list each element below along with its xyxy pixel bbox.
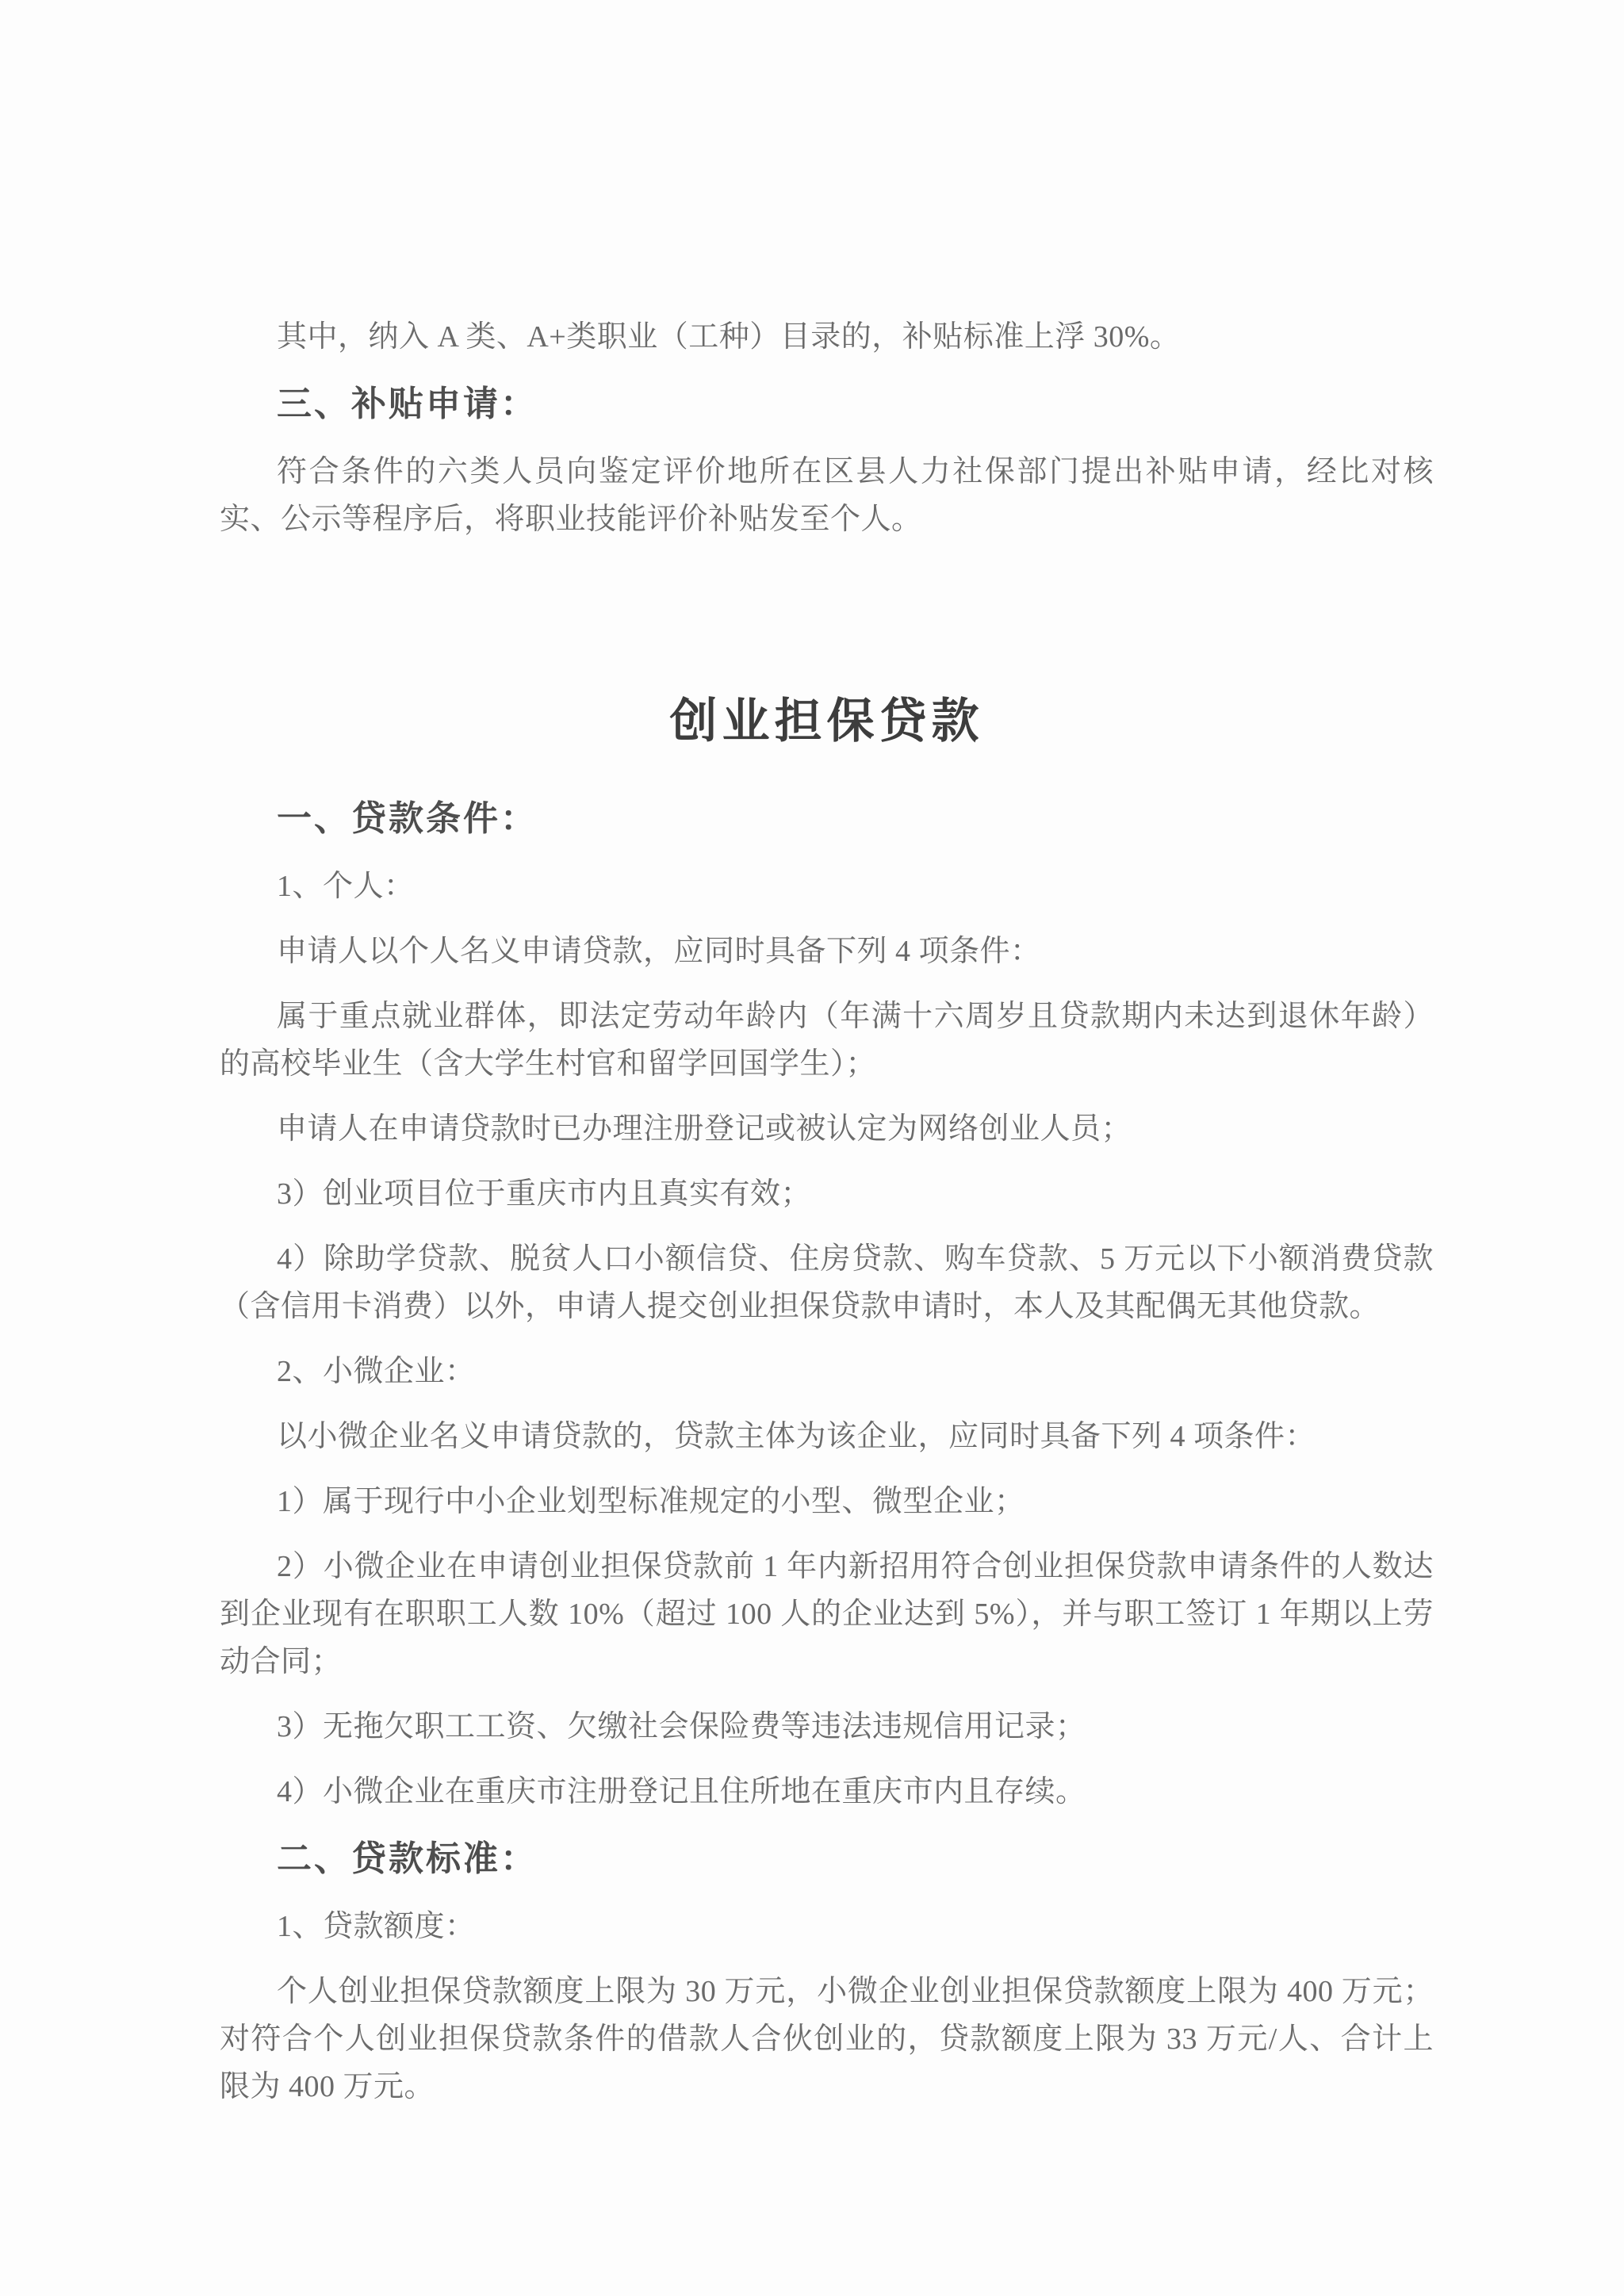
- subsidy-application-heading: 三、补贴申请：: [220, 378, 1434, 430]
- upfloat-standard-paragraph: 其中，纳入 A 类、A+类职业（工种）目录的，补贴标准上浮 30%。: [220, 313, 1434, 361]
- individual-condition-project: 3）创业项目位于重庆市内且真实有效；: [220, 1170, 1434, 1218]
- loan-quota-paragraph: 个人创业担保贷款额度上限为 30 万元，小微企业创业担保贷款额度上限为 400 …: [220, 1968, 1434, 2110]
- enterprise-condition-hiring: 2）小微企业在申请创业担保贷款前 1 年内新招用符合创业担保贷款申请条件的人数达…: [220, 1543, 1434, 1686]
- enterprise-condition-size: 1）属于现行中小企业划型标准规定的小型、微型企业；: [220, 1478, 1434, 1525]
- small-enterprise-subheading: 2、小微企业：: [220, 1348, 1434, 1395]
- individual-intro-paragraph: 申请人以个人名义申请贷款，应同时具备下列 4 项条件：: [220, 928, 1434, 975]
- individual-condition-no-other-loans: 4）除助学贷款、脱贫人口小额信贷、住房贷款、购车贷款、5 万元以下小额消费贷款（…: [220, 1235, 1434, 1330]
- document-title: 创业担保贷款: [220, 690, 1434, 753]
- individual-subheading: 1、个人：: [220, 863, 1434, 910]
- loan-conditions-heading: 一、贷款条件：: [220, 793, 1434, 845]
- subsidy-application-paragraph: 符合条件的六类人员向鉴定评价地所在区县人力社保部门提出补贴申请，经比对核实、公示…: [220, 448, 1434, 543]
- enterprise-condition-registration: 4）小微企业在重庆市注册登记且住所地在重庆市内且存续。: [220, 1768, 1434, 1816]
- individual-condition-group: 属于重点就业群体，即法定劳动年龄内（年满十六周岁且贷款期内未达到退休年龄）的高校…: [220, 993, 1434, 1088]
- document-page: 其中，纳入 A 类、A+类职业（工种）目录的，补贴标准上浮 30%。 三、补贴申…: [0, 0, 1624, 2296]
- enterprise-condition-credit-record: 3）无拖欠职工工资、欠缴社会保险费等违法违规信用记录；: [220, 1703, 1434, 1751]
- loan-quota-subheading: 1、贷款额度：: [220, 1903, 1434, 1950]
- loan-standards-heading: 二、贷款标准：: [220, 1833, 1434, 1885]
- individual-condition-registration: 申请人在申请贷款时已办理注册登记或被认定为网络创业人员；: [220, 1105, 1434, 1153]
- small-enterprise-intro-paragraph: 以小微企业名义申请贷款的，贷款主体为该企业，应同时具备下列 4 项条件：: [220, 1413, 1434, 1460]
